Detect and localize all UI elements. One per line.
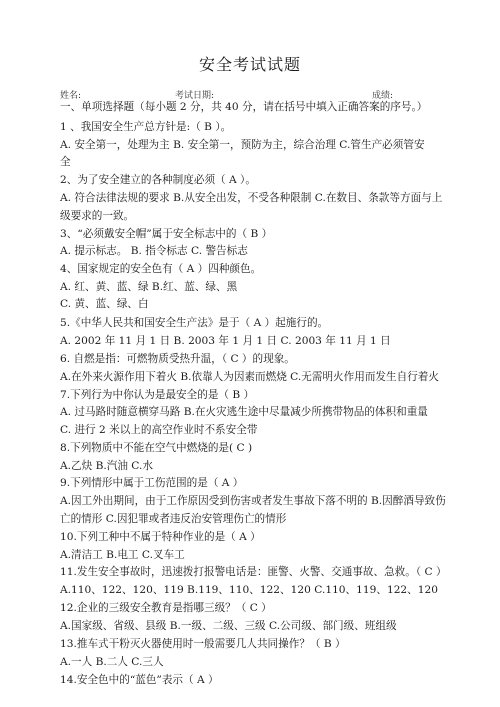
document-title: 安全考试试题	[0, 52, 500, 75]
question-line: 3、“必须戴安全帽”属于安全标志中的（ B ）	[60, 227, 272, 241]
question-line: 2、为了安全建立的各种制度必须（ A ）。	[60, 173, 256, 187]
question-line: 级要求的一致。	[60, 209, 134, 223]
question-line: A.在外来火源作用下着火 B.依靠人为因素而燃烧 C.无需明火作用而发生自行着火	[60, 370, 439, 384]
question-line: A. 过马路时随意横穿马路 B.在火灾逃生途中尽量减少所携带物品的体积和重量	[60, 405, 428, 419]
question-line: A.一人 B.二人 C.三人	[60, 655, 164, 669]
question-line: 亡的情形 C.因犯罪或者违反治安管理伤亡的情形	[60, 512, 286, 526]
question-line: C. 黄、蓝、绿、白	[60, 297, 149, 311]
question-line: 5.《中华人民共和国安全生产法》是于（ A ）起施行的。	[60, 316, 328, 330]
question-line: A.因工外出期间，由于工作原因受到伤害或者发生事故下落不明的 B.因醉酒导致伤	[60, 494, 446, 508]
question-line: C. 进行 2 米以上的高空作业时不系安全带	[60, 423, 257, 437]
question-line: A. 提示标志。 B. 指令标志 C. 警告标志	[60, 244, 248, 258]
question-line: 11.发生安全事故时，迅速拨打报警电话是：匪警、火警、交通事故、急救。（ C ）	[60, 565, 447, 579]
section-heading: 一、单项选择题（每小题 2 分，共 40 分，请在括号中填入正确答案的序号。）	[60, 100, 427, 114]
question-line: A. 安全第一，处理为主 B. 安全第一，预防为主，综合治理 C.管生产必须管安	[60, 138, 425, 152]
question-line: 6. 自燃是指：可燃物质受热升温，（ C ）的现象。	[60, 352, 295, 366]
question-line: 1 、我国安全生产总方针是:（ B ）。	[60, 120, 231, 134]
question-line: 13.推车式干粉灭火器使用时一般需要几人共同操作？（ B ）	[60, 637, 346, 651]
question-line: A.110、122、120、119 B.119、110、122、120 C.11…	[60, 583, 438, 597]
question-line: 12.企业的三级安全教育是指哪三级？（ C ）	[60, 601, 272, 615]
question-line: 9.下列情形中属于工伤范围的是（ A ）	[60, 476, 243, 490]
question-line: A.国家级、省级、县级 B.一级、二级、三级 C.公司级、部门级、班组级	[60, 619, 397, 633]
question-line: 8.下列物质中不能在空气中燃烧的是( C )	[60, 441, 252, 455]
question-line: A.乙炔 B.汽油 C.水	[60, 459, 153, 473]
question-line: A. 红、黄、蓝、绿 B.红、蓝、绿、黑	[60, 280, 237, 294]
question-line: A. 符合法律法规的要求 B.从安全出发，不受各种限制 C.在数目、条款等方面与…	[60, 191, 442, 205]
question-line: 14.安全色中的“蓝色”表示（ A ）	[60, 673, 219, 687]
question-line: 全	[60, 155, 71, 169]
question-line: A.清洁工 B.电工 C.叉车工	[60, 548, 185, 562]
question-line: 4、国家规定的安全色有（ A ）四种颜色。	[60, 262, 261, 276]
question-line: 7.下列行为中你认为是最安全的是（ B ）	[60, 388, 254, 402]
question-line: A. 2002 年 11 月 1 日 B. 2003 年 1 月 1 日 C. …	[60, 334, 391, 348]
question-line: 10.下列工种中不属于特种作业的是（ A ）	[60, 530, 261, 544]
